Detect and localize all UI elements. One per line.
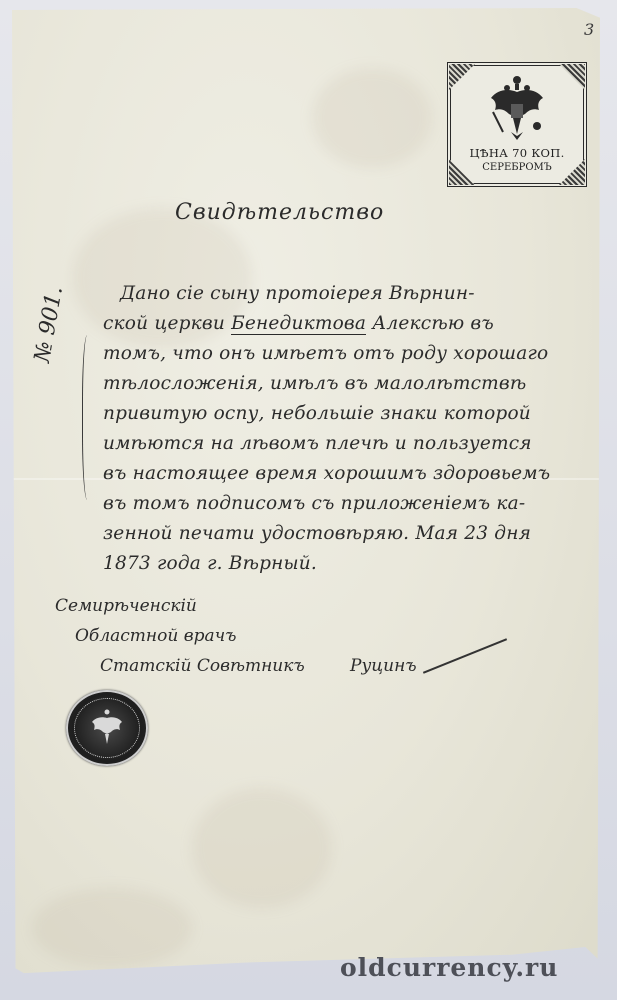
body-line: Дано сie сыну протоiерея Вѣрнин-: [120, 283, 475, 304]
stamp-currency: СЕРЕБРОМЪ: [451, 162, 583, 173]
page-number: 3: [584, 20, 594, 39]
body-line: имѣются на лѣвомъ плечѣ и пользуется: [103, 433, 532, 454]
body-line: ской церкви Бенедиктова Алексѣю въ: [103, 313, 494, 334]
body-line: въ томъ подписомъ съ приложенiемъ ка-: [103, 493, 525, 514]
signer-region: Семирѣченскiй: [55, 596, 197, 616]
watermark: oldcurrency.ru: [340, 953, 558, 982]
registration-bracket: [82, 335, 95, 500]
double-headed-eagle-icon: [485, 74, 549, 146]
stamp-price: ЦѢНА 70 КОП.: [451, 146, 583, 160]
document-title: Свидѣтельство: [175, 200, 384, 225]
double-headed-eagle-icon: [89, 708, 125, 748]
signer-rank: Статскiй Совѣтникъ: [100, 656, 305, 676]
body-line: 1873 года г. Вѣрный.: [103, 553, 317, 574]
body-line: привитую оспу, небольшiе знаки которой: [103, 403, 531, 424]
body-line: зенной печати удостовѣряю. Мая 23 дня: [103, 523, 531, 544]
body-line: въ настоящее время хорошимъ здоровьемъ: [103, 463, 550, 484]
revenue-stamp: ЦѢНА 70 КОП. СЕРЕБРОМЪ: [447, 62, 587, 187]
surname-underlined: Бенедиктова: [231, 313, 366, 335]
official-seal: [66, 690, 148, 766]
signature: Руцинъ: [350, 656, 417, 676]
body-line: тѣлосложенiя, имѣлъ въ малолѣтствѣ: [103, 373, 526, 394]
signer-position: Областной врачъ: [75, 626, 237, 646]
body-line: томъ, что онъ имѣетъ отъ роду хорошаго: [103, 343, 548, 364]
